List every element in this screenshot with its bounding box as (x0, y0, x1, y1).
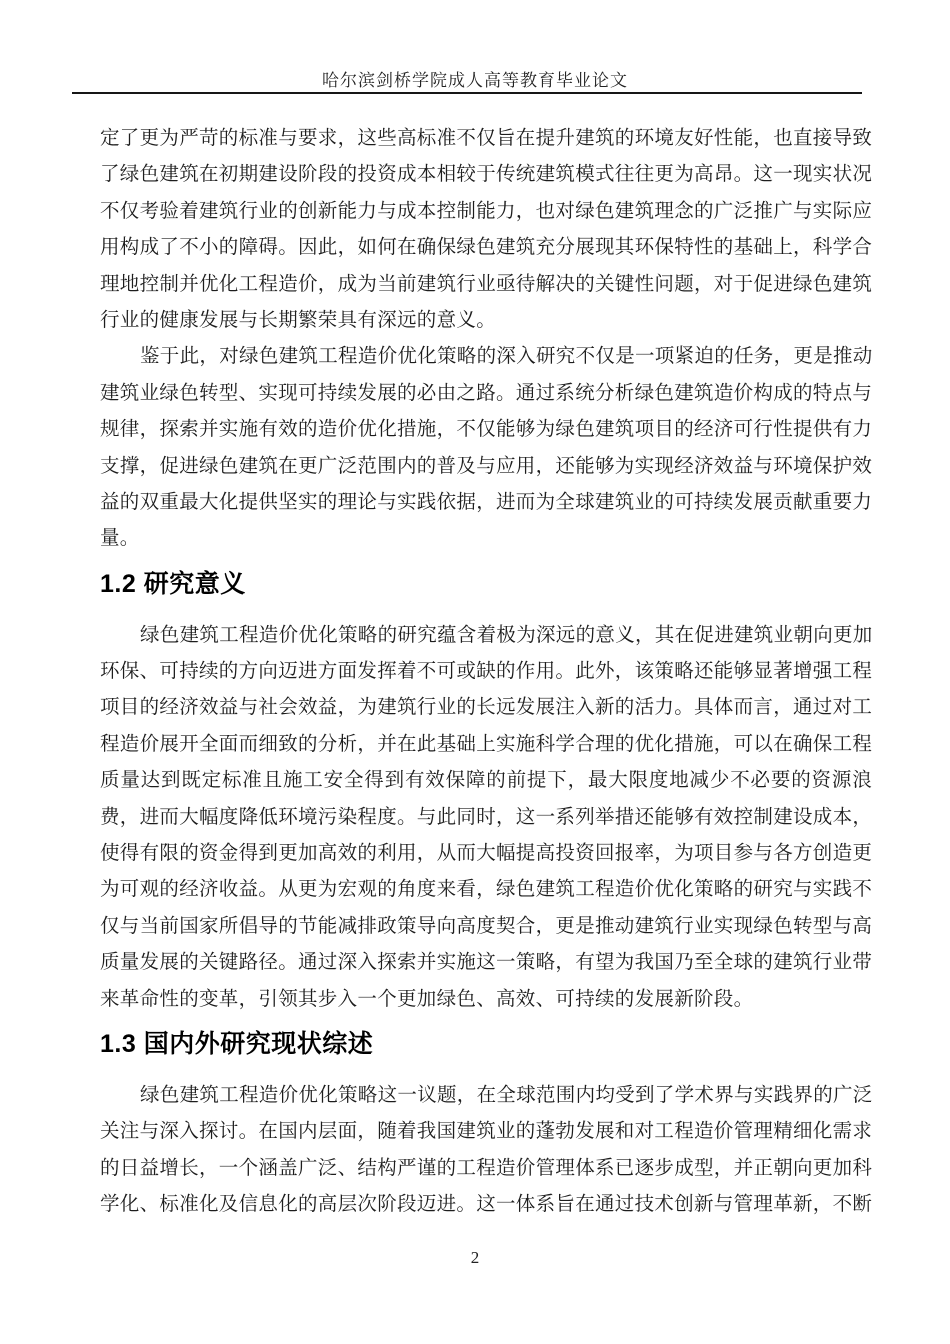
document-page: 哈尔滨剑桥学院成人高等教育毕业论文 定了更为严苛的标准与要求，这些高标准不仅旨在… (0, 0, 950, 1344)
text-line: 支撑，促进绿色建筑在更广泛范围内的普及与应用，还能够为实现经济效益与环境保护效 (100, 449, 872, 485)
text-line: 不仅考验着建筑行业的创新能力与成本控制能力，也对绿色建筑理念的广泛推广与实际应 (100, 194, 872, 230)
paragraph: 鉴于此，对绿色建筑工程造价优化策略的深入研究不仅是一项紧迫的任务，更是推动建筑业… (100, 339, 872, 557)
text-line: 质量达到既定标准且施工安全得到有效保障的前提下，最大限度地减少不必要的资源浪 (100, 763, 872, 799)
text-line: 量。 (100, 521, 872, 557)
text-line: 用构成了不小的障碍。因此，如何在确保绿色建筑充分展现其环保特性的基础上，科学合 (100, 230, 872, 266)
text-line: 关注与深入探讨。在国内层面，随着我国建筑业的蓬勃发展和对工程造价管理精细化需求 (100, 1114, 872, 1150)
text-line: 仅与当前国家所倡导的节能减排政策导向高度契合，更是推动建筑行业实现绿色转型与高 (100, 909, 872, 945)
text-line: 质量发展的关键路径。通过深入探索并实施这一策略，有望为我国乃至全球的建筑行业带 (100, 945, 872, 981)
text-line: 环保、可持续的方向迈进方面发挥着不可或缺的作用。此外，该策略还能够显著增强工程 (100, 654, 872, 690)
paragraph: 定了更为严苛的标准与要求，这些高标准不仅旨在提升建筑的环境友好性能，也直接导致了… (100, 121, 872, 339)
text-line: 定了更为严苛的标准与要求，这些高标准不仅旨在提升建筑的环境友好性能，也直接导致 (100, 121, 872, 157)
text-line: 项目的经济效益与社会效益，为建筑行业的长远发展注入新的活力。具体而言，通过对工 (100, 690, 872, 726)
section-heading: 1.2 研究意义 (100, 570, 872, 598)
text-line: 理地控制并优化工程造价，成为当前建筑行业亟待解决的关键性问题，对于促进绿色建筑 (100, 267, 872, 303)
page-header-title: 哈尔滨剑桥学院成人高等教育毕业论文 (0, 70, 950, 92)
text-line: 行业的健康发展与长期繁荣具有深远的意义。 (100, 303, 872, 339)
document-body: 定了更为严苛的标准与要求，这些高标准不仅旨在提升建筑的环境友好性能，也直接导致了… (100, 121, 872, 1224)
text-line: 费，进而大幅度降低环境污染程度。与此同时，这一系列举措还能够有效控制建设成本， (100, 800, 872, 836)
header-rule (72, 92, 862, 94)
text-line: 为可观的经济收益。从更为宏观的角度来看，绿色建筑工程造价优化策略的研究与实践不 (100, 872, 872, 908)
text-line: 鉴于此，对绿色建筑工程造价优化策略的深入研究不仅是一项紧迫的任务，更是推动 (100, 339, 872, 375)
text-line: 绿色建筑工程造价优化策略的研究蕴含着极为深远的意义，其在促进建筑业朝向更加 (100, 618, 872, 654)
text-line: 规律，探索并实施有效的造价优化措施，不仅能够为绿色建筑项目的经济可行性提供有力 (100, 412, 872, 448)
section-heading: 1.3 国内外研究现状综述 (100, 1030, 872, 1058)
page-number: 2 (0, 1248, 950, 1268)
text-line: 程造价展开全面而细致的分析，并在此基础上实施科学合理的优化措施，可以在确保工程 (100, 727, 872, 763)
text-line: 的日益增长，一个涵盖广泛、结构严谨的工程造价管理体系已逐步成型，并正朝向更加科 (100, 1151, 872, 1187)
text-line: 来革命性的变革，引领其步入一个更加绿色、高效、可持续的发展新阶段。 (100, 982, 872, 1018)
text-line: 学化、标准化及信息化的高层次阶段迈进。这一体系旨在通过技术创新与管理革新，不断 (100, 1187, 872, 1223)
text-line: 使得有限的资金得到更加高效的利用，从而大幅提高投资回报率，为项目参与各方创造更 (100, 836, 872, 872)
text-line: 建筑业绿色转型、实现可持续发展的必由之路。通过系统分析绿色建筑造价构成的特点与 (100, 376, 872, 412)
paragraph: 绿色建筑工程造价优化策略这一议题，在全球范围内均受到了学术界与实践界的广泛关注与… (100, 1078, 872, 1224)
text-line: 益的双重最大化提供坚实的理论与实践依据，进而为全球建筑业的可持续发展贡献重要力 (100, 485, 872, 521)
text-line: 了绿色建筑在初期建设阶段的投资成本相较于传统建筑模式往往更为高昂。这一现实状况 (100, 157, 872, 193)
paragraph: 绿色建筑工程造价优化策略的研究蕴含着极为深远的意义，其在促进建筑业朝向更加环保、… (100, 618, 872, 1018)
text-line: 绿色建筑工程造价优化策略这一议题，在全球范围内均受到了学术界与实践界的广泛 (100, 1078, 872, 1114)
